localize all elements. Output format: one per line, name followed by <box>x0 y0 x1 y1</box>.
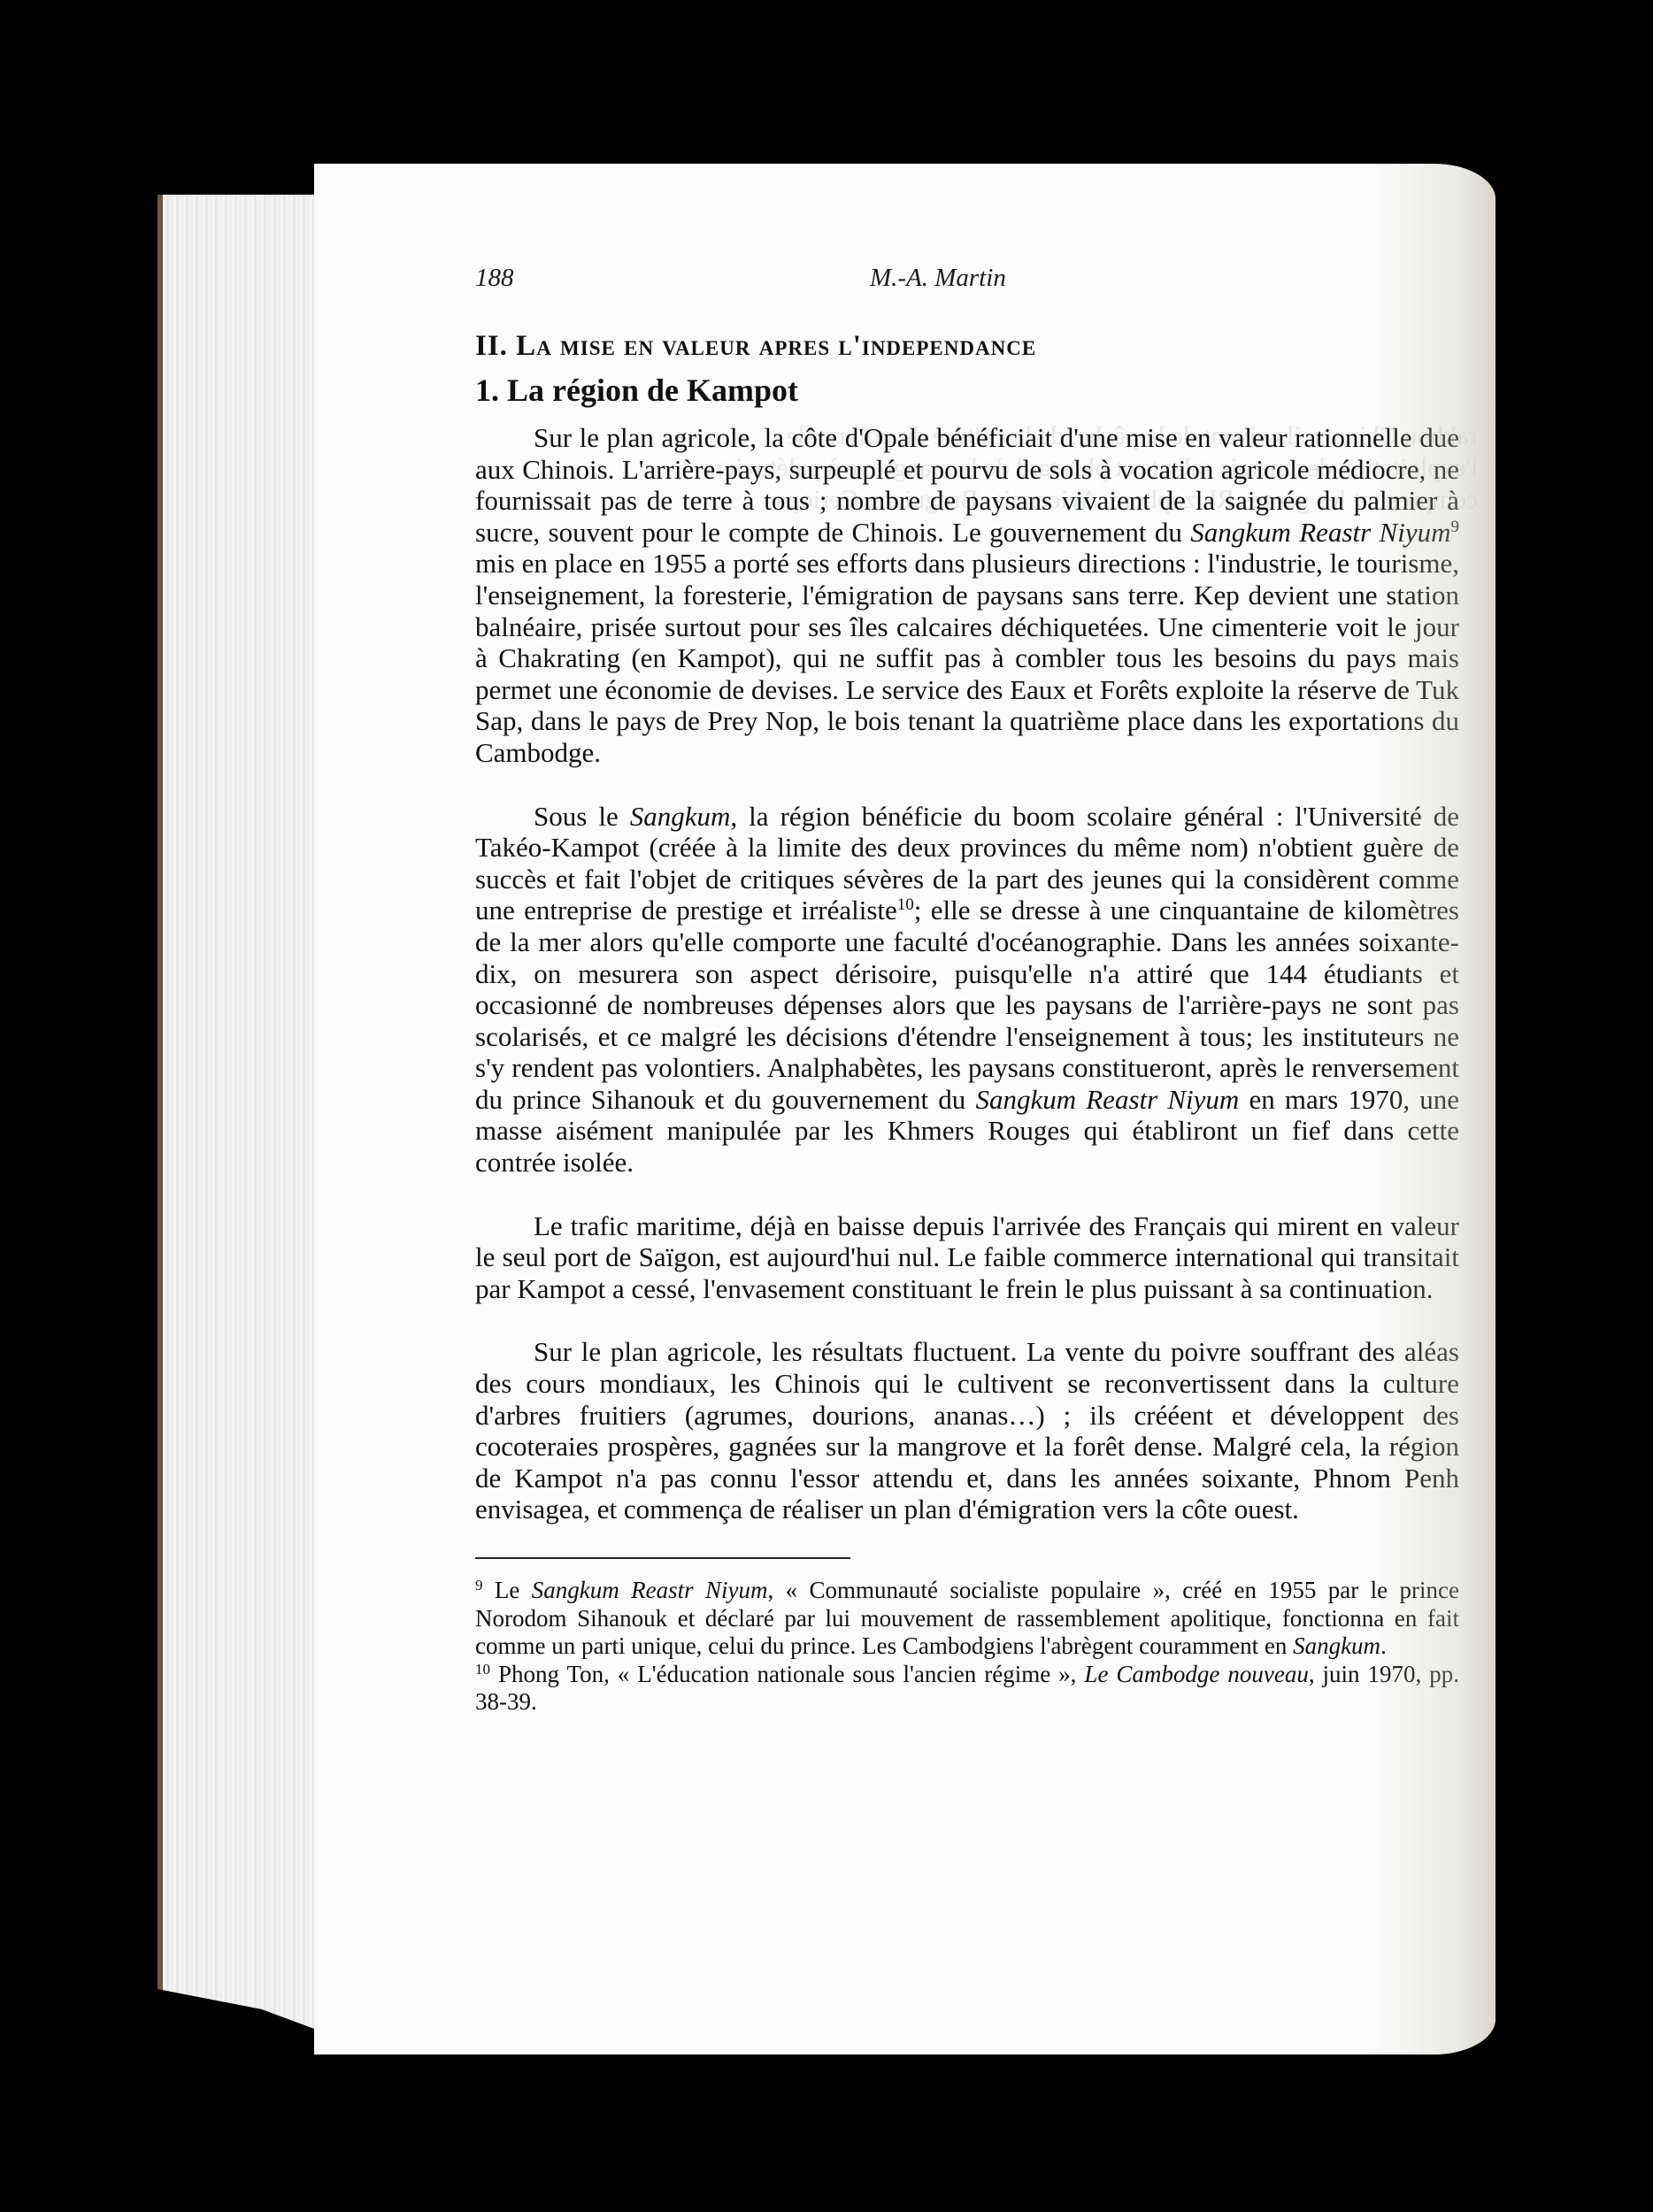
italic-term: Sangkum Reastr Niyum <box>532 1577 768 1603</box>
italic-term: Sangkum Reastr Niyum <box>1190 517 1450 548</box>
footnote-number: 10 <box>475 1661 490 1678</box>
paragraph-text: ; elle se dresse à une cinquantaine de k… <box>475 895 1459 1115</box>
subsection-title: 1. La région de Kampot <box>475 371 1459 410</box>
paragraph-3: Le trafic maritime, déjà en baisse depui… <box>475 1210 1459 1305</box>
footnote-divider <box>475 1557 850 1559</box>
italic-term: Sangkum Reastr Niyum <box>975 1084 1239 1115</box>
paragraph-2: Sous le Sangkum, la région bénéficie du … <box>475 801 1459 1179</box>
book-page: rakhou Chinois, ils vivent de la pêche, … <box>314 164 1495 2055</box>
footnote-text: Phong Ton, « L'éducation nationale sous … <box>490 1661 1084 1687</box>
footnote-text: . <box>1380 1632 1387 1659</box>
paragraph-4: Sur le plan agricole, les résultats fluc… <box>475 1336 1459 1525</box>
paragraph-1: Sur le plan agricole, la côte d'Opale bé… <box>475 422 1459 769</box>
section-title: II. La mise en valeur apres l'independan… <box>475 326 1459 365</box>
running-head-author: M.-A. Martin <box>870 264 1006 293</box>
footnote-text: Le <box>483 1577 532 1603</box>
running-head: 188 M.-A. Martin <box>314 264 1495 299</box>
italic-term: Sangkum <box>1293 1632 1380 1659</box>
book-fore-edge <box>158 195 331 2035</box>
footnote-number: 9 <box>475 1577 483 1594</box>
page-number: 188 <box>475 264 514 293</box>
paragraph-text: mis en place en 1955 a porté ses efforts… <box>475 548 1459 768</box>
footnote-9: 9 Le Sangkum Reastr Niyum, « Communauté … <box>475 1577 1459 1661</box>
footnote-ref-10[interactable]: 10 <box>897 895 914 914</box>
page-body: II. La mise en valeur apres l'independan… <box>475 326 1459 1717</box>
paragraph-text: Sous le <box>534 801 630 832</box>
footnote-10: 10 Phong Ton, « L'éducation nationale so… <box>475 1661 1459 1717</box>
italic-title: Le Cambodge nouveau <box>1084 1661 1308 1687</box>
footnote-ref-9[interactable]: 9 <box>1451 518 1460 536</box>
italic-term: Sangkum <box>630 801 731 832</box>
